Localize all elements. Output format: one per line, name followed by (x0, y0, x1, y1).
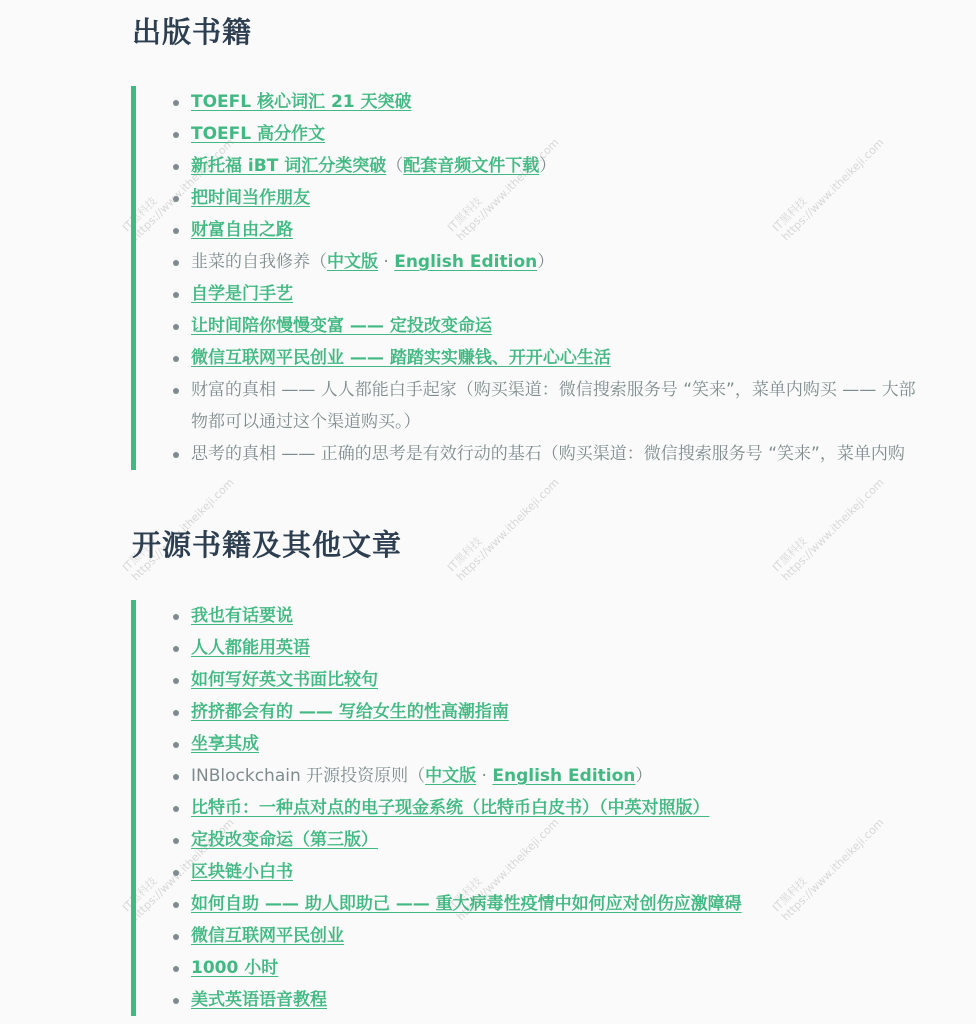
list-item: 把时间当作朋友 (191, 182, 916, 214)
list-item: TOEFL 高分作文 (191, 118, 916, 150)
article-link[interactable]: 如何写好英文书面比较句 (191, 670, 378, 690)
article-link[interactable]: 定投改变命运（第三版） (191, 830, 378, 850)
published-books-blockquote: TOEFL 核心词汇 21 天突破 TOEFL 高分作文 新托福 iBT 词汇分… (131, 86, 916, 470)
article-link[interactable]: 坐享其成 (191, 734, 259, 754)
article-link[interactable]: 微信互联网平民创业 (191, 926, 344, 946)
list-item: 财富的真相 —— 人人都能白手起家（购买渠道：微信搜索服务号 “笑来”，菜单内购… (191, 374, 916, 438)
list-item: 自学是门手艺 (191, 278, 916, 310)
list-item: 比特币：一种点对点的电子现金系统（比特币白皮书）（中英对照版） (191, 792, 742, 824)
english-edition-link[interactable]: English Edition (492, 766, 635, 786)
watermark: IT黑科技https://www.itheikeji.com (770, 807, 887, 924)
list-item: 新托福 iBT 词汇分类突破（配套音频文件下载） (191, 150, 916, 182)
article-link[interactable]: 我也有话要说 (191, 606, 293, 626)
english-edition-link[interactable]: English Edition (394, 252, 537, 272)
section-heading-published-books: 出版书籍 (132, 10, 252, 51)
list-item: 如何自助 —— 助人即助己 —— 重大病毒性疫情中如何应对创伤应激障碍 (191, 888, 742, 920)
watermark: IT黑科技https://www.itheikeji.com (445, 467, 562, 584)
list-item: 微信互联网平民创业 (191, 920, 742, 952)
list-item: 让时间陪你慢慢变富 —— 定投改变命运 (191, 310, 916, 342)
list-item: 1000 小时 (191, 952, 742, 984)
list-item: 思考的真相 —— 正确的思考是有效行动的基石（购买渠道：微信搜索服务号 “笑来”… (191, 438, 916, 470)
list-item: 人人都能用英语 (191, 632, 742, 664)
list-item: 我也有话要说 (191, 600, 742, 632)
chinese-edition-link[interactable]: 中文版 (327, 252, 378, 272)
book-link[interactable]: 微信互联网平民创业 —— 踏踏实实赚钱、开开心心生活 (191, 348, 611, 368)
book-link[interactable]: TOEFL 核心词汇 21 天突破 (191, 92, 412, 112)
list-item: 美式英语语音教程 (191, 984, 742, 1016)
list-item: INBlockchain 开源投资原则（中文版 · English Editio… (191, 760, 742, 792)
watermark: IT黑科技https://www.itheikeji.com (770, 467, 887, 584)
book-link[interactable]: TOEFL 高分作文 (191, 124, 325, 144)
list-item: 定投改变命运（第三版） (191, 824, 742, 856)
published-books-list: TOEFL 核心词汇 21 天突破 TOEFL 高分作文 新托福 iBT 词汇分… (136, 86, 916, 470)
open-source-books-blockquote: 我也有话要说 人人都能用英语 如何写好英文书面比较句 挤挤都会有的 —— 写给女… (131, 600, 742, 1016)
book-link[interactable]: 财富自由之路 (191, 220, 293, 240)
list-item: 挤挤都会有的 —— 写给女生的性高潮指南 (191, 696, 742, 728)
article-link[interactable]: 美式英语语音教程 (191, 990, 327, 1010)
section-heading-open-source-books: 开源书籍及其他文章 (132, 523, 402, 564)
open-source-books-list: 我也有话要说 人人都能用英语 如何写好英文书面比较句 挤挤都会有的 —— 写给女… (136, 600, 742, 1016)
chinese-edition-link[interactable]: 中文版 (425, 766, 476, 786)
list-item: 韭菜的自我修养（中文版 · English Edition） (191, 246, 916, 278)
article-link[interactable]: 比特币：一种点对点的电子现金系统（比特币白皮书）（中英对照版） (191, 798, 710, 818)
list-item: 区块链小白书 (191, 856, 742, 888)
list-item: 微信互联网平民创业 —— 踏踏实实赚钱、开开心心生活 (191, 342, 916, 374)
list-item: 如何写好英文书面比较句 (191, 664, 742, 696)
list-item: 坐享其成 (191, 728, 742, 760)
article-link[interactable]: 区块链小白书 (191, 862, 293, 882)
article-link[interactable]: 如何自助 —— 助人即助己 —— 重大病毒性疫情中如何应对创伤应激障碍 (191, 894, 742, 914)
article-link[interactable]: 挤挤都会有的 —— 写给女生的性高潮指南 (191, 702, 509, 722)
audio-download-link[interactable]: 配套音频文件下载 (403, 156, 539, 176)
list-item: 财富自由之路 (191, 214, 916, 246)
book-link[interactable]: 自学是门手艺 (191, 284, 293, 304)
book-link[interactable]: 让时间陪你慢慢变富 —— 定投改变命运 (191, 316, 492, 336)
list-item: TOEFL 核心词汇 21 天突破 (191, 86, 916, 118)
article-link[interactable]: 人人都能用英语 (191, 638, 310, 658)
book-link[interactable]: 新托福 iBT 词汇分类突破 (191, 156, 386, 176)
book-link[interactable]: 把时间当作朋友 (191, 188, 310, 208)
article-link[interactable]: 1000 小时 (191, 958, 278, 978)
